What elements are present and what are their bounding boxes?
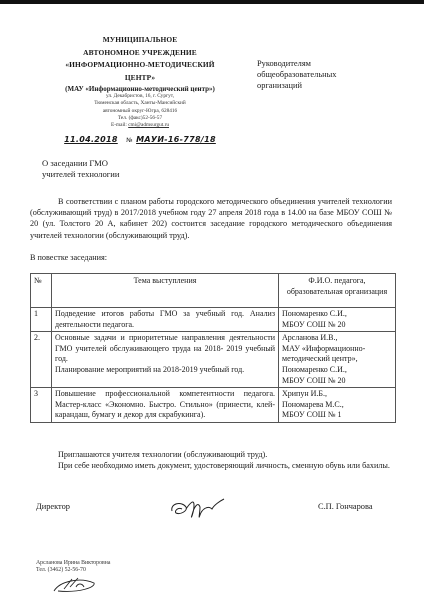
- handwritten-date: 11.04.2018: [64, 135, 118, 144]
- scan-edge-bar: [0, 0, 424, 4]
- signature-icon: [168, 495, 228, 523]
- header-topic: Тема выступления: [52, 274, 279, 308]
- email-link[interactable]: cmi@admsurgut.ru: [128, 122, 169, 128]
- subject-block: О заседании ГМО учителей технологии: [42, 158, 119, 180]
- agenda-label: В повестке заседания:: [30, 253, 107, 262]
- row-num: 3: [31, 388, 52, 423]
- number-sign: №: [126, 137, 132, 144]
- invite-paragraph: Приглашаются учителя технологии (обслужи…: [30, 449, 392, 460]
- reference-line: 11.04.2018 № МАУИ-16-778/18: [40, 135, 240, 144]
- recipient-line: общеобразовательных: [257, 69, 336, 80]
- subject-line: учителей технологии: [42, 169, 119, 180]
- speaker-line: Арсланова И.В.,: [282, 333, 392, 344]
- executor-signature-icon: [50, 575, 100, 595]
- signatory-title: Директор: [36, 502, 70, 511]
- row-speaker: Хрипун И.Б., Пономарева М.С., МБОУ СОШ №…: [279, 388, 396, 423]
- row-topic: Подведение итогов работы ГМО за учебный …: [52, 308, 279, 332]
- address-line: автономный округ-Югра, 628416: [40, 108, 240, 115]
- speaker-line: методический центр»,: [282, 354, 392, 365]
- speaker-line: Пономаренко С.И.,: [282, 365, 392, 376]
- speaker-line: МБОУ СОШ № 20: [282, 376, 392, 387]
- org-name-line: МУНИЦИПАЛЬНОЕ: [40, 34, 240, 47]
- subject-line: О заседании ГМО: [42, 158, 119, 169]
- speaker-line: Пономаренко С.И.,: [282, 309, 392, 320]
- address-line: Тел. (факс)52-56-57: [40, 115, 240, 122]
- header-num: №: [31, 274, 52, 308]
- email-line: E-mail: cmi@admsurgut.ru: [40, 122, 240, 129]
- speaker-line: Пономарева М.С.,: [282, 400, 392, 411]
- recipient-line: Руководителям: [257, 58, 336, 69]
- address-line: Тюменская область, Ханты-Мансийский: [40, 100, 240, 107]
- org-name-line: ЦЕНТР»: [40, 72, 240, 85]
- executor-block: Арсланова Ирина Викторовна Тел. (3462) 5…: [36, 560, 110, 575]
- row-topic: Повышение профессиональной компетентност…: [52, 388, 279, 423]
- recipient-block: Руководителям общеобразовательных органи…: [257, 58, 336, 91]
- row-speaker: Пономаренко С.И., МБОУ СОШ № 20: [279, 308, 396, 332]
- agenda-table: № Тема выступления Ф.И.О. педагога, обра…: [30, 273, 396, 423]
- speaker-line: МБОУ СОШ № 20: [282, 320, 392, 331]
- topic-part: Планирование мероприятий на 2018-2019 уч…: [55, 365, 275, 376]
- org-short-name: (МАУ «Информационно-методический центр»): [40, 85, 240, 93]
- org-name-line: АВТОНОМНОЕ УЧРЕЖДЕНИЕ: [40, 47, 240, 60]
- bring-paragraph: При себе необходимо иметь документ, удос…: [30, 460, 392, 471]
- table-row: 3 Повышение профессиональной компетентно…: [31, 388, 396, 423]
- handwritten-ref-number: МАУИ-16-778/18: [136, 135, 216, 144]
- speaker-line: МАУ «Информационно-: [282, 344, 392, 355]
- email-label: E-mail:: [111, 122, 128, 128]
- row-num: 2.: [31, 332, 52, 388]
- recipient-line: организаций: [257, 80, 336, 91]
- row-speaker: Арсланова И.В., МАУ «Информационно- мето…: [279, 332, 396, 388]
- header-speaker: Ф.И.О. педагога, образовательная организ…: [279, 274, 396, 308]
- table-row: 2. Основные задачи и приоритетные направ…: [31, 332, 396, 388]
- row-num: 1: [31, 308, 52, 332]
- intro-paragraph: В соответствии с планом работы городског…: [30, 196, 392, 241]
- signatory-name: С.П. Гончарова: [318, 502, 373, 511]
- executor-phone: Тел. (3462) 52-56-70: [36, 567, 110, 574]
- org-name-line: «ИНФОРМАЦИОННО-МЕТОДИЧЕСКИЙ: [40, 59, 240, 72]
- topic-part: Основные задачи и приоритетные направлен…: [55, 333, 275, 365]
- speaker-line: Хрипун И.Б.,: [282, 389, 392, 400]
- table-row: 1 Подведение итогов работы ГМО за учебны…: [31, 308, 396, 332]
- table-header-row: № Тема выступления Ф.И.О. педагога, обра…: [31, 274, 396, 308]
- row-topic: Основные задачи и приоритетные направлен…: [52, 332, 279, 388]
- speaker-line: МБОУ СОШ № 1: [282, 410, 392, 421]
- letterhead: МУНИЦИПАЛЬНОЕ АВТОНОМНОЕ УЧРЕЖДЕНИЕ «ИНФ…: [40, 34, 240, 144]
